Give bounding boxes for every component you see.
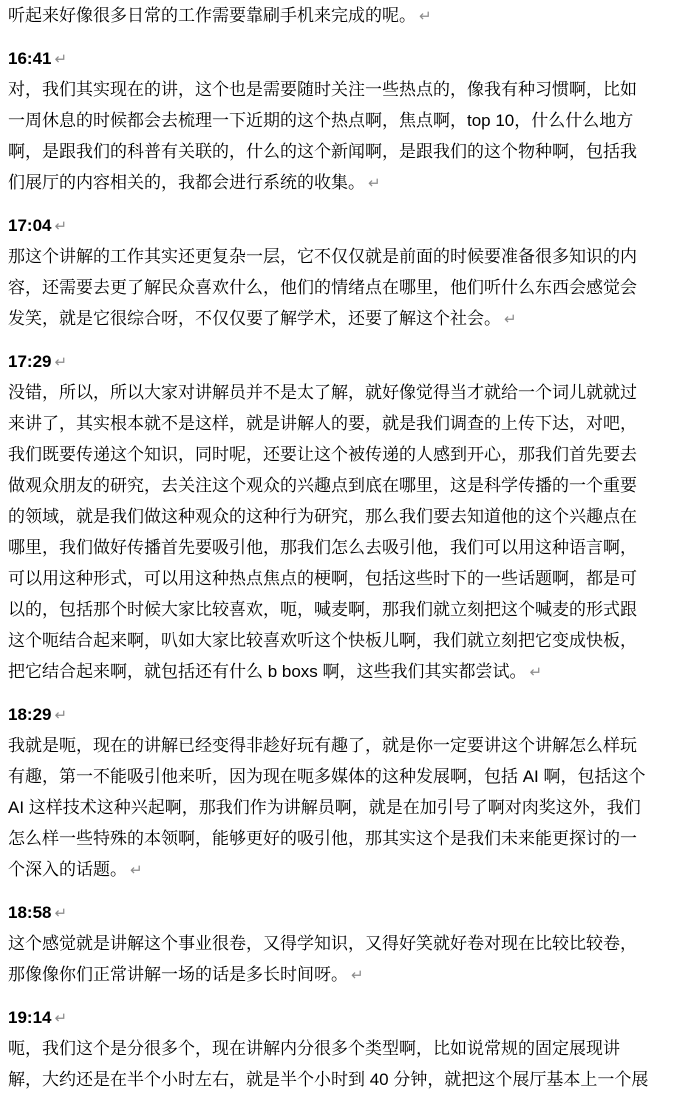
paragraph-mark-icon: ↵ xyxy=(130,862,143,879)
paragraph-line-text: 做观众朋友的研究，去关注这个观众的兴趣点到底在哪里，这是科学传播的一个重要 xyxy=(8,476,637,495)
paragraph-line: 对，我们其实现在的讲，这个也是需要随时关注一些热点的，像我有种习惯啊，比如 xyxy=(8,74,673,105)
paragraph: 呃，我们这个是分很多个，现在讲解内分很多个类型啊，比如说常规的固定展现讲解，大约… xyxy=(8,1033,673,1095)
timestamp-heading: 17:04↵ xyxy=(8,210,673,241)
paragraph-mark-icon: ↵ xyxy=(351,967,364,984)
paragraph-line: 这个呃结合起来啊，叭如大家比较喜欢听这个快板儿啊，我们就立刻把它变成快板， xyxy=(8,625,673,656)
paragraph-mark-icon: ↵ xyxy=(54,1010,67,1027)
paragraph-line: 啊，是跟我们的科普有关联的，什么的这个新闻啊，是跟我们的这个物种啊，包括我 xyxy=(8,136,673,167)
paragraph-line-text: 哪里，我们做好传播首先要吸引他，那我们怎么去吸引他，我们可以用这种语言啊， xyxy=(8,538,637,557)
paragraph-line-text: 有趣，第一不能吸引他来听，因为现在呃多媒体的这种发展啊，包括 AI 啊，包括这个 xyxy=(8,767,646,786)
paragraph-line: AI 这样技术这种兴起啊，那我们作为讲解员啊，就是在加引号了啊对肉奖这外，我们 xyxy=(8,792,673,823)
paragraph: 对，我们其实现在的讲，这个也是需要随时关注一些热点的，像我有种习惯啊，比如一周休… xyxy=(8,74,673,198)
paragraph-line: 那这个讲解的工作其实还更复杂一层，它不仅仅就是前面的时候要准备很多知识的内 xyxy=(8,241,673,272)
paragraph-line-text: 一周休息的时候都会去梳理一下近期的这个热点啊，焦点啊，top 10，什么什么地方 xyxy=(8,111,633,130)
paragraph-line-text: 这个呃结合起来啊，叭如大家比较喜欢听这个快板儿啊，我们就立刻把它变成快板， xyxy=(8,631,637,650)
timestamp-text: 18:29 xyxy=(8,705,51,724)
paragraph-mark-icon: ↵ xyxy=(504,311,517,328)
paragraph-line-text: 发笑，就是它很综合呀，不仅仅要了解学术，还要了解这个社会。 xyxy=(8,309,501,328)
paragraph-mark-icon: ↵ xyxy=(419,8,432,25)
paragraph-line: 把它结合起来啊，就包括还有什么 b boxs 啊，这些我们其实都尝试。↵ xyxy=(8,656,673,687)
timestamp-text: 19:14 xyxy=(8,1008,51,1027)
paragraph-line: 来讲了，其实根本就不是这样，就是讲解人的要，就是我们调查的上传下达，对吧， xyxy=(8,408,673,439)
paragraph-line-text: 对，我们其实现在的讲，这个也是需要随时关注一些热点的，像我有种习惯啊，比如 xyxy=(8,80,637,99)
paragraph-line-text: 来讲了，其实根本就不是这样，就是讲解人的要，就是我们调查的上传下达，对吧， xyxy=(8,414,637,433)
paragraph-line: 哪里，我们做好传播首先要吸引他，那我们怎么去吸引他，我们可以用这种语言啊， xyxy=(8,532,673,563)
timestamp-heading: 18:58↵ xyxy=(8,897,673,928)
paragraph-line: 解，大约还是在半个小时左右，就是半个小时到 40 分钟，就把这个展厅基本上一个展 xyxy=(8,1064,673,1095)
paragraph-line: 做观众朋友的研究，去关注这个观众的兴趣点到底在哪里，这是科学传播的一个重要 xyxy=(8,470,673,501)
paragraph-line: 听起来好像很多日常的工作需要靠刷手机来完成的呢。↵ xyxy=(8,0,673,31)
paragraph-line-text: 解，大约还是在半个小时左右，就是半个小时到 40 分钟，就把这个展厅基本上一个展 xyxy=(8,1070,648,1089)
paragraph-line-text: 这个感觉就是讲解这个事业很卷，又得学知识，又得好笑就好卷对现在比较比较卷， xyxy=(8,934,637,953)
paragraph-line-text: 呃，我们这个是分很多个，现在讲解内分很多个类型啊，比如说常规的固定展现讲 xyxy=(8,1039,620,1058)
paragraph-line-text: 个深入的话题。 xyxy=(8,860,127,879)
paragraph-line-text: 的领域，就是我们做这种观众的这种行为研究，那么我们要去知道他的这个兴趣点在 xyxy=(8,507,637,526)
paragraph-line: 一周休息的时候都会去梳理一下近期的这个热点啊，焦点啊，top 10，什么什么地方 xyxy=(8,105,673,136)
paragraph-line-text: 那这个讲解的工作其实还更复杂一层，它不仅仅就是前面的时候要准备很多知识的内 xyxy=(8,247,637,266)
paragraph-line-text: 那像像你们正常讲解一场的话是多长时间呀。 xyxy=(8,965,348,984)
paragraph-line: 没错，所以，所以大家对讲解员并不是太了解，就好像觉得当才就给一个词儿就就过 xyxy=(8,377,673,408)
timestamp-text: 16:41 xyxy=(8,49,51,68)
paragraph-line: 发笑，就是它很综合呀，不仅仅要了解学术，还要了解这个社会。↵ xyxy=(8,303,673,334)
paragraph-line: 以的，包括那个时候大家比较喜欢，呃，喊麦啊，那我们就立刻把这个喊麦的形式跟 xyxy=(8,594,673,625)
paragraph-line: 的领域，就是我们做这种观众的这种行为研究，那么我们要去知道他的这个兴趣点在 xyxy=(8,501,673,532)
paragraph-line-text: 以的，包括那个时候大家比较喜欢，呃，喊麦啊，那我们就立刻把这个喊麦的形式跟 xyxy=(8,600,637,619)
paragraph-line: 有趣，第一不能吸引他来听，因为现在呃多媒体的这种发展啊，包括 AI 啊，包括这个 xyxy=(8,761,673,792)
paragraph-line: 那像像你们正常讲解一场的话是多长时间呀。↵ xyxy=(8,959,673,990)
paragraph-mark-icon: ↵ xyxy=(54,905,67,922)
paragraph-line: 可以用这种形式，可以用这种热点焦点的梗啊，包括这些时下的一些话题啊，都是可 xyxy=(8,563,673,594)
timestamp-text: 18:58 xyxy=(8,903,51,922)
transcript-document: 听起来好像很多日常的工作需要靠刷手机来完成的呢。↵16:41↵对，我们其实现在的… xyxy=(0,0,681,1095)
paragraph-mark-icon: ↵ xyxy=(54,354,67,371)
paragraph: 听起来好像很多日常的工作需要靠刷手机来完成的呢。↵ xyxy=(8,0,673,31)
paragraph-line: 个深入的话题。↵ xyxy=(8,854,673,885)
paragraph-mark-icon: ↵ xyxy=(54,218,67,235)
paragraph-mark-icon: ↵ xyxy=(530,664,543,681)
paragraph-line-text: 我就是呃，现在的讲解已经变得非趁好玩有趣了，就是你一定要讲这个讲解怎么样玩 xyxy=(8,736,637,755)
paragraph: 没错，所以，所以大家对讲解员并不是太了解，就好像觉得当才就给一个词儿就就过来讲了… xyxy=(8,377,673,687)
paragraph-line: 容，还需要去更了解民众喜欢什么，他们的情绪点在哪里，他们听什么东西会感觉会 xyxy=(8,272,673,303)
paragraph: 我就是呃，现在的讲解已经变得非趁好玩有趣了，就是你一定要讲这个讲解怎么样玩有趣，… xyxy=(8,730,673,885)
timestamp-heading: 17:29↵ xyxy=(8,346,673,377)
paragraph-line-text: 啊，是跟我们的科普有关联的，什么的这个新闻啊，是跟我们的这个物种啊，包括我 xyxy=(8,142,637,161)
paragraph-line: 们展厅的内容相关的，我都会进行系统的收集。↵ xyxy=(8,167,673,198)
timestamp-heading: 16:41↵ xyxy=(8,43,673,74)
timestamp-heading: 19:14↵ xyxy=(8,1002,673,1033)
timestamp-text: 17:29 xyxy=(8,352,51,371)
timestamp-heading: 18:29↵ xyxy=(8,699,673,730)
paragraph-line-text: 听起来好像很多日常的工作需要靠刷手机来完成的呢。 xyxy=(8,6,416,25)
paragraph-line-text: 怎么样一些特殊的本领啊，能够更好的吸引他，那其实这个是我们未来能更探讨的一 xyxy=(8,829,637,848)
paragraph-line-text: 把它结合起来啊，就包括还有什么 b boxs 啊，这些我们其实都尝试。 xyxy=(8,662,527,681)
paragraph-mark-icon: ↵ xyxy=(54,707,67,724)
paragraph-line: 我就是呃，现在的讲解已经变得非趁好玩有趣了，就是你一定要讲这个讲解怎么样玩 xyxy=(8,730,673,761)
paragraph-line: 怎么样一些特殊的本领啊，能够更好的吸引他，那其实这个是我们未来能更探讨的一 xyxy=(8,823,673,854)
paragraph-mark-icon: ↵ xyxy=(368,175,381,192)
paragraph-line: 这个感觉就是讲解这个事业很卷，又得学知识，又得好笑就好卷对现在比较比较卷， xyxy=(8,928,673,959)
timestamp-text: 17:04 xyxy=(8,216,51,235)
paragraph-line: 呃，我们这个是分很多个，现在讲解内分很多个类型啊，比如说常规的固定展现讲 xyxy=(8,1033,673,1064)
paragraph: 这个感觉就是讲解这个事业很卷，又得学知识，又得好笑就好卷对现在比较比较卷，那像像… xyxy=(8,928,673,990)
paragraph-line-text: AI 这样技术这种兴起啊，那我们作为讲解员啊，就是在加引号了啊对肉奖这外，我们 xyxy=(8,798,641,817)
paragraph-line: 我们既要传递这个知识，同时呢，还要让这个被传递的人感到开心，那我们首先要去 xyxy=(8,439,673,470)
paragraph-line-text: 们展厅的内容相关的，我都会进行系统的收集。 xyxy=(8,173,365,192)
paragraph-line-text: 没错，所以，所以大家对讲解员并不是太了解，就好像觉得当才就给一个词儿就就过 xyxy=(8,383,637,402)
paragraph: 那这个讲解的工作其实还更复杂一层，它不仅仅就是前面的时候要准备很多知识的内容，还… xyxy=(8,241,673,334)
paragraph-line-text: 可以用这种形式，可以用这种热点焦点的梗啊，包括这些时下的一些话题啊，都是可 xyxy=(8,569,637,588)
paragraph-line-text: 容，还需要去更了解民众喜欢什么，他们的情绪点在哪里，他们听什么东西会感觉会 xyxy=(8,278,637,297)
paragraph-mark-icon: ↵ xyxy=(54,51,67,68)
paragraph-line-text: 我们既要传递这个知识，同时呢，还要让这个被传递的人感到开心，那我们首先要去 xyxy=(8,445,637,464)
